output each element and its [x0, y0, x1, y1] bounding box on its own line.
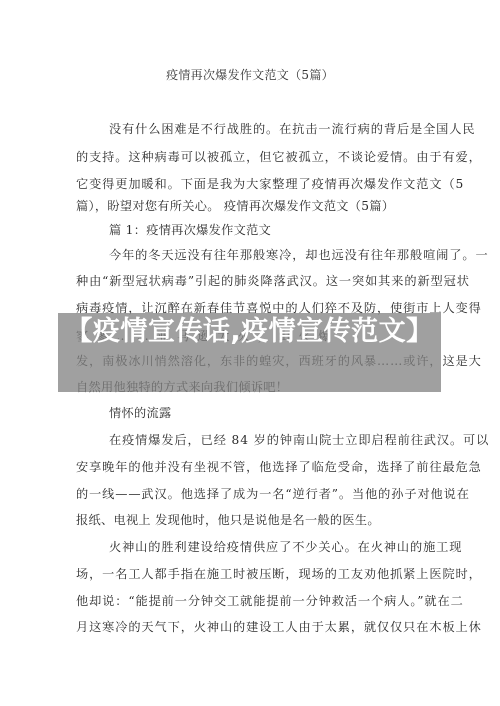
- document-title: 疫情再次爆发作文范文（5篇）: [0, 66, 500, 83]
- paragraph-line: 种由“新型冠状病毒”引起的肺炎降落武汉。这一突如其来的新型冠状: [76, 272, 470, 289]
- paragraph-line: 月这寒冷的天气下，火神山的建设工人由于太累，就仅仅只在木板上休: [76, 618, 482, 635]
- paragraph-line: 的一线——武汉。他选择了成为一名“逆行者”。当他的孙子对他说在: [76, 485, 470, 502]
- document-page: 疫情再次爆发作文范文（5篇） 没有什么困难是不行战胜的。在抗击一流行病的背后是全…: [0, 0, 500, 706]
- overlay-title: 【疫情宣传话,疫情宣传范文】: [58, 316, 441, 348]
- intro-line: 没有什么困难是不行战胜的。在抗击一流行病的背后是全国人民: [109, 120, 475, 137]
- paragraph-line: 他却说：“能提前一分钟交工就能提前一分钟救活一个病人。”就在二: [76, 592, 464, 609]
- section-heading: 篇 1：疫情再次爆发作文范文: [109, 221, 271, 238]
- intro-line: 它变得更加暖和。下面是我为大家整理了疫情再次爆发作文范文（5: [76, 175, 464, 192]
- paragraph-line: 今年的冬天远没有往年那般寒冷，却也远没有往年那般喧闹了。一: [109, 246, 489, 263]
- intro-line: 篇），盼望对您有所关心。 疫情再次爆发作文范文（5篇）: [76, 197, 394, 214]
- paragraph-line: 火神山的胜利建设给疫情供应了不少关心。在火神山的施工现: [109, 538, 462, 555]
- paragraph-line: 在疫情爆发后，已经 84 岁的钟南山院士立即启程前往武汉。可以: [109, 431, 489, 448]
- subheading: 情怀的流露: [109, 404, 171, 421]
- paragraph-line: 安享晚年的他并没有坐视不管，他选择了临危受命，选择了前往最危急: [76, 458, 482, 475]
- paragraph-line: 报纸、电视上 发现他时，他只是说他是名一般的医生。: [76, 511, 380, 528]
- paragraph-line: 场，一名工人都手指在施工时被压断，现场的工友劝他抓紧上医院时，: [76, 565, 482, 582]
- intro-line: 的支持。这种病毒可以被孤立，但它被孤立，不谈论爱情。由于有爱，: [76, 148, 482, 165]
